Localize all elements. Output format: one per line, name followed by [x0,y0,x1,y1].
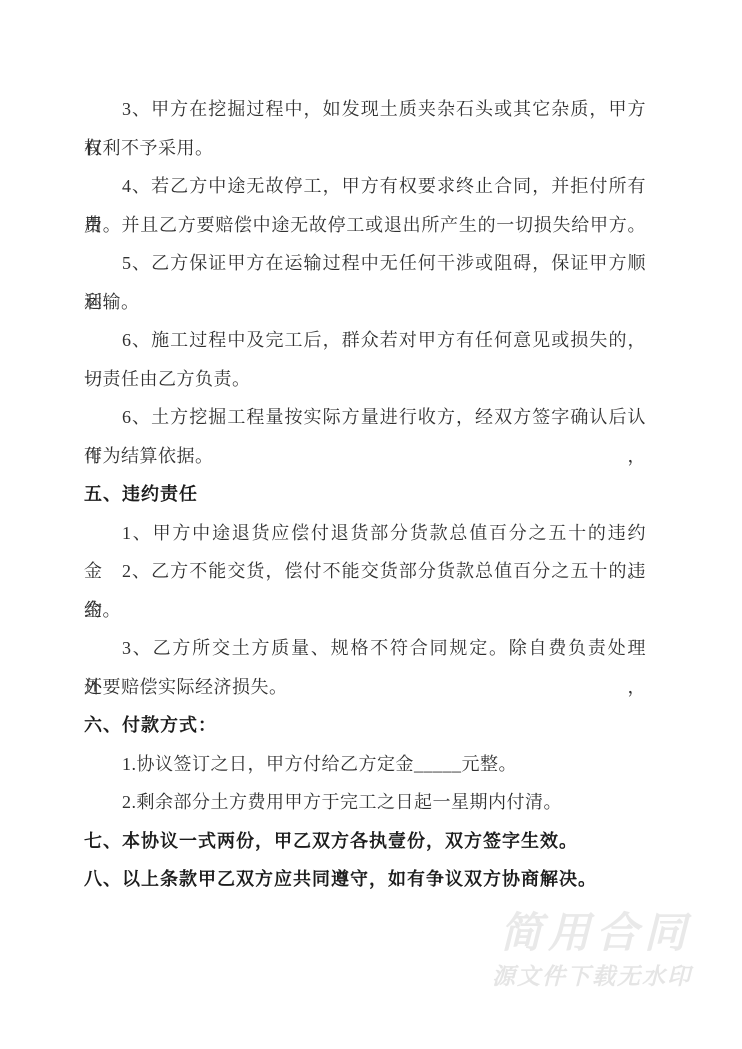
contract-text-line: 3、乙方所交土方质量、规格不符合同规定。除自费负责处理外， [84,629,646,668]
contract-text-line: 切责任由乙方负责。 [84,360,646,399]
contract-text-line: 权利不予采用。 [84,129,646,168]
contract-text-line: 2、乙方不能交货，偿付不能交货部分货款总值百分之五十的违约 [84,552,646,591]
contract-body: 3、甲方在挖掘过程中，如发现土质夹杂石头或其它杂质，甲方有权利不予采用。4、若乙… [84,90,646,899]
contract-text-line: 6、土方挖掘工程量按实际方量进行收方，经双方签字确认后认可， [84,398,646,437]
contract-text-line: 用。并且乙方要赔偿中途无故停工或退出所产生的一切损失给甲方。 [84,206,646,245]
contract-text-line: 运输。 [84,283,646,322]
contract-text-line: 1.协议签订之日，甲方付给乙方定金_____元整。 [84,745,646,784]
contract-heading-line: 七、本协议一式两份，甲乙双方各执壹份，双方签字生效。 [84,822,646,861]
contract-text-line: 6、施工过程中及完工后，群众若对甲方有任何意见或损失的，一 [84,321,646,360]
contract-text-line: 金。 [84,591,646,630]
contract-heading-line: 八、以上条款甲乙双方应共同遵守，如有争议双方协商解决。 [84,860,646,899]
contract-text-line: 2.剩余部分土方费用甲方于完工之日起一星期内付清。 [84,783,646,822]
contract-heading-line: 六、付款方式： [84,706,646,745]
watermark: 简用合同 源文件下载无水印 [492,910,692,991]
contract-text-line: 3、甲方在挖掘过程中，如发现土质夹杂石头或其它杂质，甲方有 [84,90,646,129]
contract-text-line: 5、乙方保证甲方在运输过程中无任何干涉或阻碍，保证甲方顺利 [84,244,646,283]
contract-text-line: 1、甲方中途退货应偿付退货部分货款总值百分之五十的违约金。 [84,514,646,553]
watermark-title: 简用合同 [492,910,692,958]
watermark-subtitle: 源文件下载无水印 [492,963,692,991]
contract-heading-line: 五、违约责任 [84,475,646,514]
contract-page: 3、甲方在挖掘过程中，如发现土质夹杂石头或其它杂质，甲方有权利不予采用。4、若乙… [0,0,742,1049]
contract-text-line: 4、若乙方中途无故停工，甲方有权要求终止合同，并拒付所有费 [84,167,646,206]
